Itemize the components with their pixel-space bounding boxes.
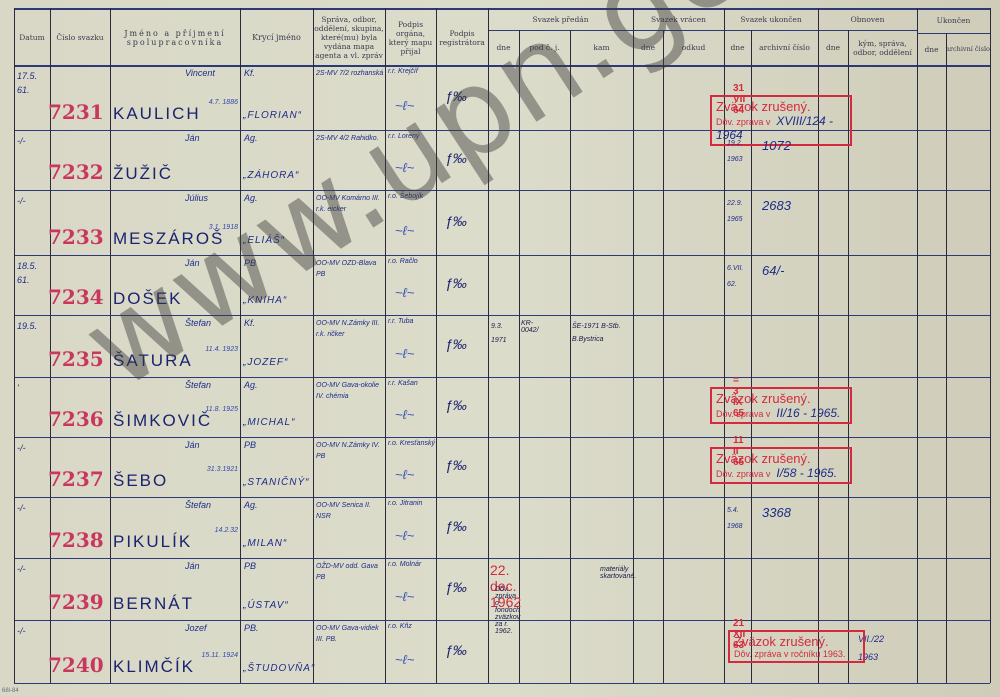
form-code: 68i-84	[2, 688, 19, 694]
row-podpis-organu: r.o. Kresťanský	[388, 440, 436, 447]
grid-line-row	[14, 497, 990, 498]
stamp-line-label: Dôv. zpráva v	[716, 469, 770, 479]
grid-line-col	[240, 8, 241, 683]
row-cislo-svazku: 7232	[48, 160, 104, 184]
header-sprava: Správa, odbor, oddělení, skupina, které(…	[313, 10, 385, 65]
header-ukoncen: Ukončen	[917, 8, 990, 33]
grid-line-row	[14, 190, 990, 191]
row-datum: 18.5. 61.	[17, 259, 49, 287]
row-krestni-jmeno: Vincent	[185, 68, 215, 78]
row-datum-narozeni: 15.11. 1924	[200, 651, 238, 661]
grid-line-col	[990, 8, 991, 683]
row-datum: 17.5. 61.	[17, 69, 49, 97]
grid-line-col	[917, 8, 918, 683]
organ-signature: ~ℓ~	[395, 223, 414, 238]
grid-line-col	[436, 8, 437, 683]
row-predan-dne: 9.3. 1971	[491, 320, 519, 348]
row-krestni-jmeno: Štefan	[185, 500, 211, 510]
stamp-line-label: Dôv. zpráva v	[716, 117, 770, 127]
header-ukoncen-archivni-cislo: archivní číslo	[751, 30, 818, 65]
organ-signature: ~ℓ~	[395, 346, 414, 361]
header-cislo-svazku: Číslo svazku	[50, 10, 110, 65]
header-vracen-dne: dne	[633, 30, 663, 65]
row-krestni-jmeno: Štefan	[185, 318, 211, 328]
registrator-signature: ƒ‰	[445, 397, 467, 413]
row-datum-narozeni: 4.7. 1886	[200, 98, 238, 108]
stamp-ref: II/16 - 1965.	[776, 406, 840, 420]
row-typ: Ag.	[244, 500, 258, 510]
row-typ: Kf.	[244, 318, 255, 328]
header-obnoven: Obnoven	[818, 8, 917, 30]
row-prijmeni: ŠIMKOVIČ	[113, 411, 212, 431]
row-datum: -/-	[17, 501, 49, 515]
row-krestni-jmeno: Július	[185, 193, 208, 203]
row-predan-kam: ŠE-1971 B-Stb. B.Bystrica	[572, 320, 632, 346]
header-predan-dne: dne	[488, 30, 519, 65]
row-datum: 19.5.	[17, 319, 49, 333]
row-typ: PB	[244, 258, 256, 268]
row-kryci-jmeno: „JOZEF“	[243, 357, 288, 368]
stamp-line: Dôv. zpráva v ročníku 1963.	[734, 649, 859, 659]
organ-signature: ~ℓ~	[395, 528, 414, 543]
header-svazek-vracen: Svazek vrácen	[633, 8, 724, 30]
row-cislo-svazku: 7231	[48, 100, 104, 124]
grid-line-row	[14, 315, 990, 316]
organ-signature: ~ℓ~	[395, 467, 414, 482]
row-cislo-svazku: 7236	[48, 407, 104, 431]
grid-line-col	[110, 8, 111, 683]
registrator-signature: ƒ‰	[445, 579, 467, 595]
header-svazek-predan: Svazek předán	[488, 8, 633, 30]
row-datum-narozeni: 31.3.1921	[200, 465, 238, 475]
header-datum: Datum	[14, 10, 50, 65]
row-podpis-organu: r.o. Kňz	[388, 623, 436, 630]
row-krestni-jmeno: Štefan	[185, 380, 211, 390]
grid-line-row	[14, 437, 990, 438]
grid-line-row	[14, 683, 990, 684]
row-prijmeni: BERNÁT	[113, 594, 194, 614]
grid-line-col	[14, 8, 15, 683]
organ-signature: ~ℓ~	[395, 98, 414, 113]
stamp-title: Zväzok zrušený.	[716, 99, 846, 114]
row-krestni-jmeno: Ján	[185, 133, 200, 143]
row-podpis-organu: r.o. Šebojík	[388, 193, 436, 200]
header-ukoncen2-dne: dne	[917, 33, 946, 65]
grid-line-subheader	[488, 30, 917, 31]
stamp-line-label: Dôv. zpráva v ročníku 1963.	[734, 649, 845, 659]
grid-line-subheader-ukoncen	[917, 33, 990, 34]
row-krestni-jmeno: Ján	[185, 440, 200, 450]
row-ukoncen-dne: 22.9. 1965	[727, 196, 751, 228]
header-podpis-organu: Podpis orgána, který mapu přijal	[385, 10, 436, 65]
row-prijmeni: ŠEBO	[113, 471, 168, 491]
organ-signature: ~ℓ~	[395, 407, 414, 422]
row-datum: '	[17, 381, 49, 395]
header-obnoven-dne: dne	[818, 30, 848, 65]
row-prijmeni: DOŠEK	[113, 289, 183, 309]
row-sprava: OO-MV Senica II. NSR	[316, 500, 384, 522]
row-sprava: OO-MV OZD-Blava PB	[316, 258, 384, 280]
register-page: Datum Číslo svazku Jméno a příjmení spol…	[0, 0, 1000, 697]
stamp-zvazok-zruseny: Zväzok zrušený.Dôv. zpráva vII/16 - 1965…	[710, 387, 852, 424]
row-typ: PB	[244, 440, 256, 450]
row-podpis-organu: r.r. Tuba	[388, 318, 436, 325]
row-typ: PB.	[244, 623, 259, 633]
row-datum-narozeni: 14.2.32	[200, 526, 238, 536]
row-prijmeni: ŽUŽIČ	[113, 164, 173, 184]
row-podpis-organu: r.r. Lorený	[388, 133, 436, 140]
grid-line-col	[633, 8, 634, 683]
row-kryci-jmeno: „STANIČNÝ“	[243, 477, 309, 488]
header-predan-kam: kam	[570, 30, 633, 65]
row-sprava: OO-MV Gava-vidiek III. PB.	[316, 623, 384, 645]
row-podpis-organu: r.o. Jitranin	[388, 500, 436, 507]
row-typ: Ag.	[244, 193, 258, 203]
header-kryci-jmeno: Krycí jméno	[240, 10, 313, 65]
row-kryci-jmeno: „ZÁHORA“	[243, 170, 299, 181]
header-podpis-registratora: Podpis registrátora	[436, 10, 488, 65]
row-prijmeni: PIKULÍK	[113, 532, 192, 552]
row-note-2: Dôv. zpráva o fondoch zväzkov za r. 1962…	[495, 586, 520, 635]
grid-line-col	[385, 8, 386, 683]
row-kryci-jmeno: „MILAN“	[243, 538, 287, 549]
grid-line-row	[14, 377, 990, 378]
row-cislo-svazku: 7240	[48, 653, 104, 677]
row-kryci-jmeno: „ELIÁŠ“	[243, 235, 285, 246]
row-krestni-jmeno: Ján	[185, 561, 200, 571]
row-archivni-cislo: 3368	[762, 505, 791, 520]
grid-line-row	[14, 255, 990, 256]
row-prijmeni: ŠATURA	[113, 351, 193, 371]
grid-line-row	[14, 558, 990, 559]
row-cislo-svazku: 7234	[48, 285, 104, 309]
registrator-signature: ƒ‰	[445, 275, 467, 291]
row-sprava: OŽD-MV odd. Gava PB	[316, 561, 384, 583]
header-jmeno: Jméno a příjmení spolupracovníka	[110, 10, 240, 65]
registrator-signature: ƒ‰	[445, 642, 467, 658]
grid-line-col	[488, 8, 489, 683]
row-note-1: materiály skartované.	[600, 566, 636, 580]
row-typ: PB	[244, 561, 256, 571]
row-datum: -/-	[17, 624, 49, 638]
header-predan-pod-cj: pod č. j.	[519, 30, 570, 65]
stamp-zvazok-zruseny: Zväzok zrušený.Dôv. zpráva v ročníku 196…	[728, 630, 865, 663]
header-svazek-ukoncen: Svazek ukončen	[724, 8, 818, 30]
registrator-signature: ƒ‰	[445, 518, 467, 534]
row-typ: Ag.	[244, 133, 258, 143]
grid-line-col	[313, 8, 314, 683]
row-datum-narozeni: 11.8. 1925	[200, 405, 238, 415]
row-datum-narozeni: 11.4. 1923	[200, 345, 238, 355]
row-ukoncen-dne: 19.2. 1963	[727, 136, 751, 168]
row-cislo-svazku: 7239	[48, 590, 104, 614]
row-ukoncen-dne: 5.4. 1968	[727, 503, 751, 535]
stamp-ref: I/58 - 1965.	[776, 466, 837, 480]
row-krestni-jmeno: Jozef	[185, 623, 207, 633]
row-cislo-svazku: 7238	[48, 528, 104, 552]
stamp-line: Dôv. zpráva vI/58 - 1965.	[716, 466, 846, 480]
header-ukoncen2-archivni-cislo: archivní číslo	[946, 33, 990, 65]
row-archivni-cislo: 2683	[762, 198, 791, 213]
registrator-signature: ƒ‰	[445, 213, 467, 229]
row-kryci-jmeno: „ŠTUDOVŇA“	[243, 663, 315, 674]
stamp-title: Zväzok zrušený.	[716, 391, 846, 406]
header-vracen-odkud: odkud	[663, 30, 724, 65]
row-kryci-jmeno: „FLORIAN“	[243, 110, 302, 121]
row-kryci-jmeno: „KNIHA“	[243, 295, 287, 306]
grid-line-top	[14, 8, 990, 10]
row-podpis-organu: r.r. Krejčíř	[388, 68, 436, 75]
row-sprava: OO-MV Gava-okolie IV. chémia	[316, 380, 384, 402]
row-kryci-jmeno: „ÚSTAV“	[243, 600, 289, 611]
row-typ: Ag.	[244, 380, 258, 390]
row-cislo-svazku: 7235	[48, 347, 104, 371]
row-archivni-cislo: 1072	[762, 138, 791, 153]
stamp-title: Zväzok zrušený.	[734, 634, 859, 649]
row-prijmeni: KAULICH	[113, 104, 201, 124]
organ-signature: ~ℓ~	[395, 285, 414, 300]
row-cislo-svazku: 7237	[48, 467, 104, 491]
row-datum: -/-	[17, 194, 49, 208]
stamp-title: Zväzok zrušený.	[716, 451, 846, 466]
registrator-signature: ƒ‰	[445, 88, 467, 104]
organ-signature: ~ℓ~	[395, 160, 414, 175]
row-sprava: 2S-MV 7/2 rozhanská	[316, 68, 384, 79]
row-archivni-cislo: 64/-	[762, 263, 784, 278]
row-krestni-jmeno: Ján	[185, 258, 200, 268]
organ-signature: ~ℓ~	[395, 652, 414, 667]
row-datum: -/-	[17, 134, 49, 148]
header-obnoven-kym: kým, správa, odbor, oddělení	[848, 30, 917, 65]
row-sprava: OO-MV N.Zámky III. r.k. ričker	[316, 318, 384, 340]
row-datum-narozeni: 3.1. 1918	[200, 223, 238, 233]
row-podpis-organu: r.r. Kašan	[388, 380, 436, 387]
row-sprava: OO-MV Komárno III. r.k. eicker	[316, 193, 384, 215]
row-podpis-organu: r.o. Račlo	[388, 258, 436, 265]
stamp-zvazok-zruseny: Zväzok zrušený.Dôv. zpráva vI/58 - 1965.	[710, 447, 852, 484]
row-datum: -/-	[17, 441, 49, 455]
grid-line-col	[946, 33, 947, 683]
organ-signature: ~ℓ~	[395, 589, 414, 604]
row-datum: -/-	[17, 562, 49, 576]
grid-line-row	[14, 65, 990, 67]
stamp-line: Dôv. zpráva vII/16 - 1965.	[716, 406, 846, 420]
header-ukoncen-dne: dne	[724, 30, 751, 65]
row-sprava: 2S-MV 4/2 Rahidko.	[316, 133, 384, 144]
registrator-signature: ƒ‰	[445, 336, 467, 352]
row-predan-cj: KR-0042/	[521, 320, 539, 334]
registrator-signature: ƒ‰	[445, 150, 467, 166]
row-ukoncen-dne: 6.VII. 62.	[727, 261, 751, 293]
grid-line-col	[663, 30, 664, 683]
stamp-line-label: Dôv. zpráva v	[716, 409, 770, 419]
row-sprava: OO-MV N.Zámky IV. PB	[316, 440, 384, 462]
row-podpis-organu: r.o. Molnár	[388, 561, 436, 568]
row-cislo-svazku: 7233	[48, 225, 104, 249]
registrator-signature: ƒ‰	[445, 457, 467, 473]
row-typ: Kf.	[244, 68, 255, 78]
row-prijmeni: KLIMČÍK	[113, 657, 195, 677]
row-kryci-jmeno: „MICHAL“	[243, 417, 295, 428]
grid-line-col	[570, 30, 571, 683]
